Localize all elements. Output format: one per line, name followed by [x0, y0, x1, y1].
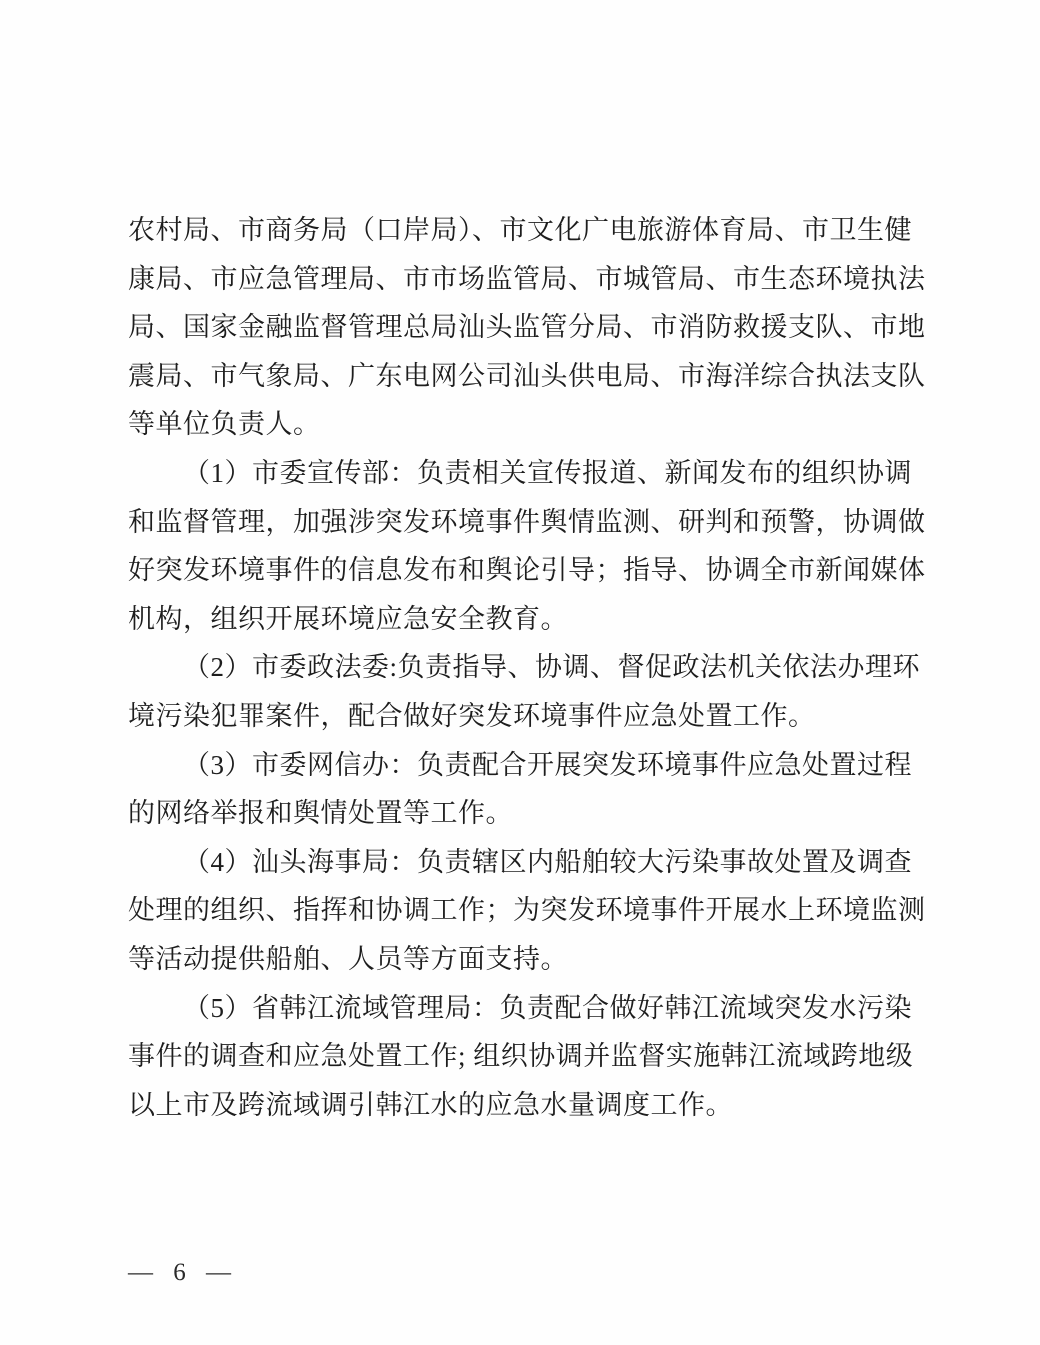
- text-line: 震局、市气象局、广东电网公司汕头供电局、市海洋综合执法支队: [128, 352, 910, 401]
- text-line: 局、国家金融监督管理总局汕头监管分局、市消防救援支队、市地: [128, 303, 910, 352]
- text-line: 事件的调查和应急处置工作; 组织协调并监督实施韩江流域跨地级: [128, 1032, 910, 1081]
- page-footer: — 6 —: [128, 1259, 238, 1287]
- text-line: 和监督管理，加强涉突发环境事件舆情监测、研判和预警，协调做: [128, 498, 910, 547]
- text-line: 好突发环境事件的信息发布和舆论引导；指导、协调全市新闻媒体: [128, 546, 910, 595]
- page-number: — 6 —: [128, 1259, 238, 1286]
- document-body: 农村局、市商务局（口岸局）、市文化广电旅游体育局、市卫生健 康局、市应急管理局、…: [128, 206, 910, 1129]
- paragraph-unit-list: 农村局、市商务局（口岸局）、市文化广电旅游体育局、市卫生健 康局、市应急管理局、…: [128, 206, 910, 449]
- paragraph-item-2: （2）市委政法委:负责指导、协调、督促政法机关依法办理环 境污染犯罪案件，配合做…: [128, 643, 910, 740]
- text-line: （4）汕头海事局：负责辖区内船舶较大污染事故处置及调查: [128, 838, 910, 887]
- text-line: 机构，组织开展环境应急安全教育。: [128, 595, 910, 644]
- text-line: 农村局、市商务局（口岸局）、市文化广电旅游体育局、市卫生健: [128, 206, 910, 255]
- text-line: 等单位负责人。: [128, 400, 910, 449]
- document-page: 农村局、市商务局（口岸局）、市文化广电旅游体育局、市卫生健 康局、市应急管理局、…: [0, 0, 1040, 1345]
- text-line: 的网络举报和舆情处置等工作。: [128, 789, 910, 838]
- text-line: 境污染犯罪案件，配合做好突发环境事件应急处置工作。: [128, 692, 910, 741]
- text-line: （3）市委网信办：负责配合开展突发环境事件应急处置过程: [128, 741, 910, 790]
- text-line: 康局、市应急管理局、市市场监管局、市城管局、市生态环境执法: [128, 255, 910, 304]
- text-line: 以上市及跨流域调引韩江水的应急水量调度工作。: [128, 1081, 910, 1130]
- paragraph-item-4: （4）汕头海事局：负责辖区内船舶较大污染事故处置及调查 处理的组织、指挥和协调工…: [128, 838, 910, 984]
- text-line: （1）市委宣传部：负责相关宣传报道、新闻发布的组织协调: [128, 449, 910, 498]
- paragraph-item-3: （3）市委网信办：负责配合开展突发环境事件应急处置过程 的网络举报和舆情处置等工…: [128, 741, 910, 838]
- text-line: 处理的组织、指挥和协调工作；为突发环境事件开展水上环境监测: [128, 886, 910, 935]
- paragraph-item-1: （1）市委宣传部：负责相关宣传报道、新闻发布的组织协调 和监督管理，加强涉突发环…: [128, 449, 910, 643]
- text-line: （2）市委政法委:负责指导、协调、督促政法机关依法办理环: [128, 643, 910, 692]
- paragraph-item-5: （5）省韩江流域管理局：负责配合做好韩江流域突发水污染 事件的调查和应急处置工作…: [128, 984, 910, 1130]
- text-line: （5）省韩江流域管理局：负责配合做好韩江流域突发水污染: [128, 984, 910, 1033]
- text-line: 等活动提供船舶、人员等方面支持。: [128, 935, 910, 984]
